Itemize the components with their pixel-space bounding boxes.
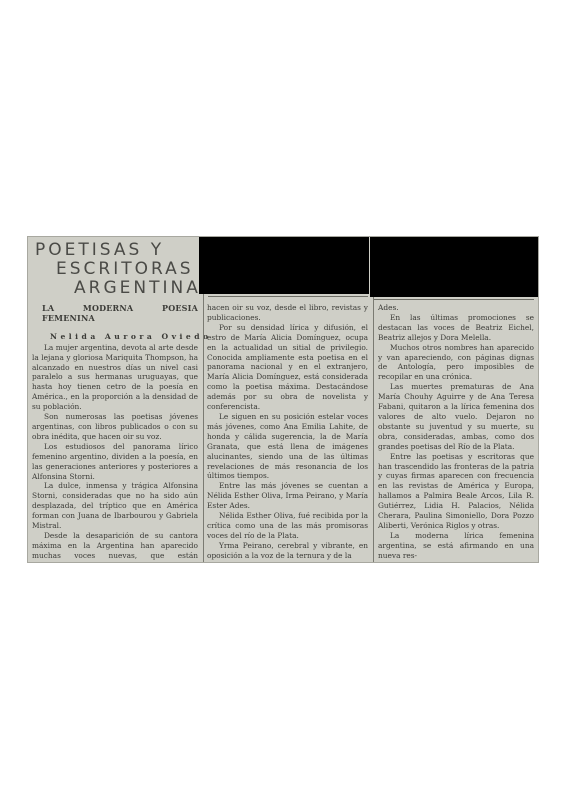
paragraph: Muchos otros nombres han aparecido y van…: [378, 343, 534, 383]
column-divider-rule: [374, 299, 534, 300]
byline: Nelida Aurora Oviedo: [32, 332, 198, 342]
newspaper-clipping: POETISAS Y ESCRITORAS ARGENTINAS LA MODE…: [27, 236, 539, 563]
paragraph: La mujer argentina, devota al arte desde…: [32, 343, 198, 412]
paragraph: Son numerosas las poetisas jóvenes argen…: [32, 412, 198, 442]
paragraph: La dulce, inmensa y trágica Alfonsina St…: [32, 481, 198, 531]
paragraph: Desde la desaparición de su cantora máxi…: [32, 531, 198, 563]
paragraph: La moderna lírica femenina argentina, se…: [378, 531, 534, 561]
headline-line-1: POETISAS Y: [32, 241, 198, 260]
redaction-box: [199, 237, 369, 294]
paragraph: Por su densidad lírica y difusión, el es…: [207, 323, 368, 412]
paragraph: Entre las más jóvenes se cuentan a Nélid…: [207, 481, 368, 511]
subheadline: LA MODERNA POESIA FEMENINA: [42, 304, 198, 324]
paragraph: Ades.: [378, 303, 534, 313]
paragraph: Le siguen en su posición estelar voces m…: [207, 412, 368, 481]
paragraph: Nélida Esther Oliva, fué recibida por la…: [207, 511, 368, 541]
paragraph-bold-tail: ponsabilidad: la universalidad del arte.: [378, 561, 534, 563]
headline-line-3: ARGENTINAS: [32, 279, 198, 298]
headline-line-2: ESCRITORAS: [32, 260, 198, 279]
redaction-box: [370, 237, 539, 297]
paragraph: Los estudiosos del panorama lírico femen…: [32, 442, 198, 482]
paragraph: hacen oir su voz, desde el libro, revist…: [207, 303, 368, 323]
column-divider-rule: [208, 296, 368, 297]
paragraph-bold-tail: emoción, como de la voz de María Esther: [207, 561, 368, 563]
column-1: POETISAS Y ESCRITORAS ARGENTINAS LA MODE…: [30, 237, 200, 562]
paragraph: Las muertes prematuras de Ana María Chou…: [378, 382, 534, 451]
paragraph: En las últimas promociones se destacan l…: [378, 313, 534, 343]
paragraph: Yrma Peirano, cerebral y vibrante, en op…: [207, 541, 368, 561]
headline: POETISAS Y ESCRITORAS ARGENTINAS: [32, 241, 198, 298]
paragraph: Entre las poetisas y escritoras que han …: [378, 452, 534, 531]
